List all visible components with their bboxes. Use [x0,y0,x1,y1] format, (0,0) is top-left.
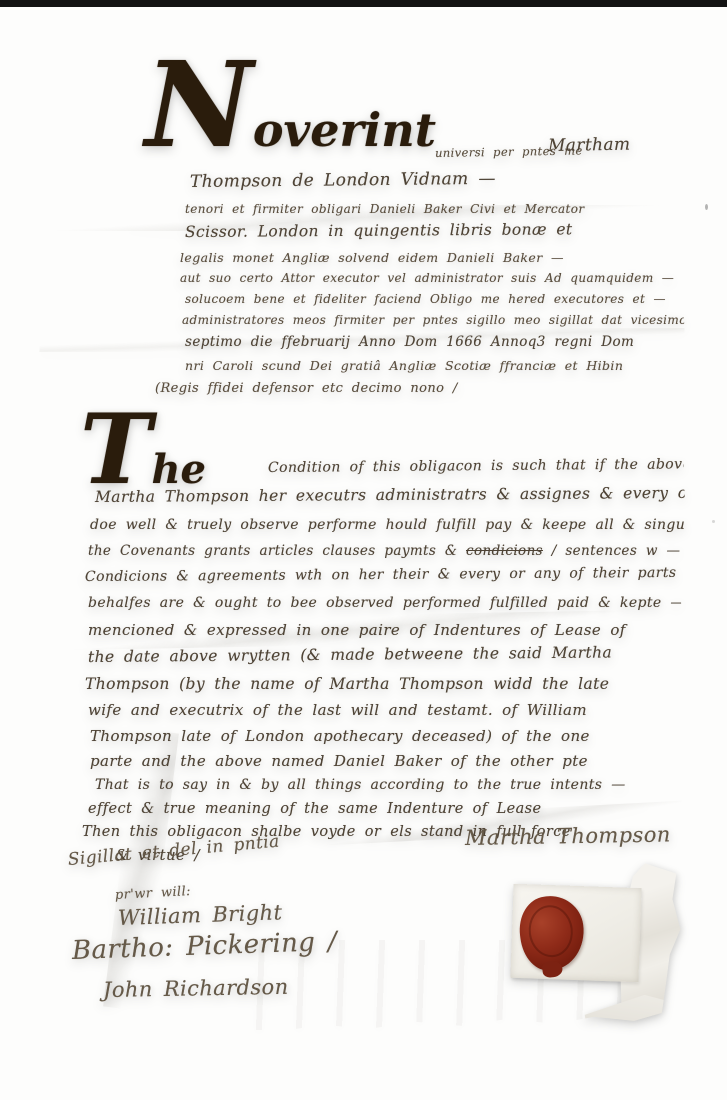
manuscript-line: the date above wrytten (& made betweene … [88,643,612,666]
line-segment: the Covenants grants articles clauses pa… [88,543,457,559]
principal-signature: Martha Thompson [465,822,671,850]
manuscript-line: Scissor. London in quingentis libris bon… [185,220,573,241]
manuscript-line: aut suo certo Attor executor vel adminis… [180,271,674,285]
manuscript-line: Thompson late of London apothecary decea… [90,727,590,745]
condition-initial-word: The [80,412,206,489]
manuscript-line: wife and executrix of the last will and … [88,701,587,719]
manuscript-line: tenori et firmiter obligari Danieli Bake… [185,202,585,216]
manuscript-line: Thompson (by the name of Martha Thompson… [85,675,609,693]
manuscript-line: effect & true meaning of the same Indent… [88,801,541,817]
witness-signature: Bartho: Pickering / [71,927,337,966]
manuscript-line: nri Caroli scund Dei gratiâ Angliæ Scoti… [185,358,623,373]
manuscript-line: Condicions & agreements wth on her their… [85,565,698,585]
manuscript-line: septimo die ffebruarij Anno Dom 1666 Ann… [185,334,634,350]
line-segment: / sentences w — [552,543,681,559]
manuscript-line: (Regis ffidei defensor etc decimo nono / [155,381,458,396]
manuscript-line: doe well & truely observe performe hould… [90,517,697,533]
manuscript-line: mencioned & expressed in one paire of In… [88,621,626,639]
manuscript-line: parte and the above named Daniel Baker o… [90,752,588,770]
witness-signature: John Richardson [103,975,289,1002]
manuscript-line: Condition of this obligacon is such that… [268,456,727,476]
attestation-line: pr'wr will: [115,884,192,903]
manuscript-photo: Noverint universi per pntes me Martham T… [0,0,727,1100]
opening-initial-word: Noverint [145,58,436,152]
manuscript-page: Noverint universi per pntes me Martham T… [25,40,687,1045]
manuscript-line: behalfes are & ought to bee observed per… [88,595,685,611]
manuscript-line: solucoem bene et fideliter faciend Oblig… [185,292,666,306]
manuscript-line: legalis monet Angliæ solvend eidem Danie… [180,250,564,265]
manuscript-line: administratores meos firmiter per pntes … [182,313,687,327]
manuscript-line: That is to say in & by all things accord… [95,777,626,793]
witness-signature: William Bright [118,900,283,930]
manuscript-line: Martha Thompson her executrs administrat… [95,483,727,506]
folded-paper-flap [584,993,696,1057]
manuscript-line: Thompson de London Vidnam — [190,169,496,192]
scanned-photo-of-manuscript: { "photo": { "colors": { "background": "… [0,0,727,1100]
paper-crease [103,728,179,1011]
struck-word: condicions [466,543,543,559]
opening-name: Martham [548,135,631,156]
manuscript-line: the Covenants grants articles clauses pa… [88,543,680,559]
